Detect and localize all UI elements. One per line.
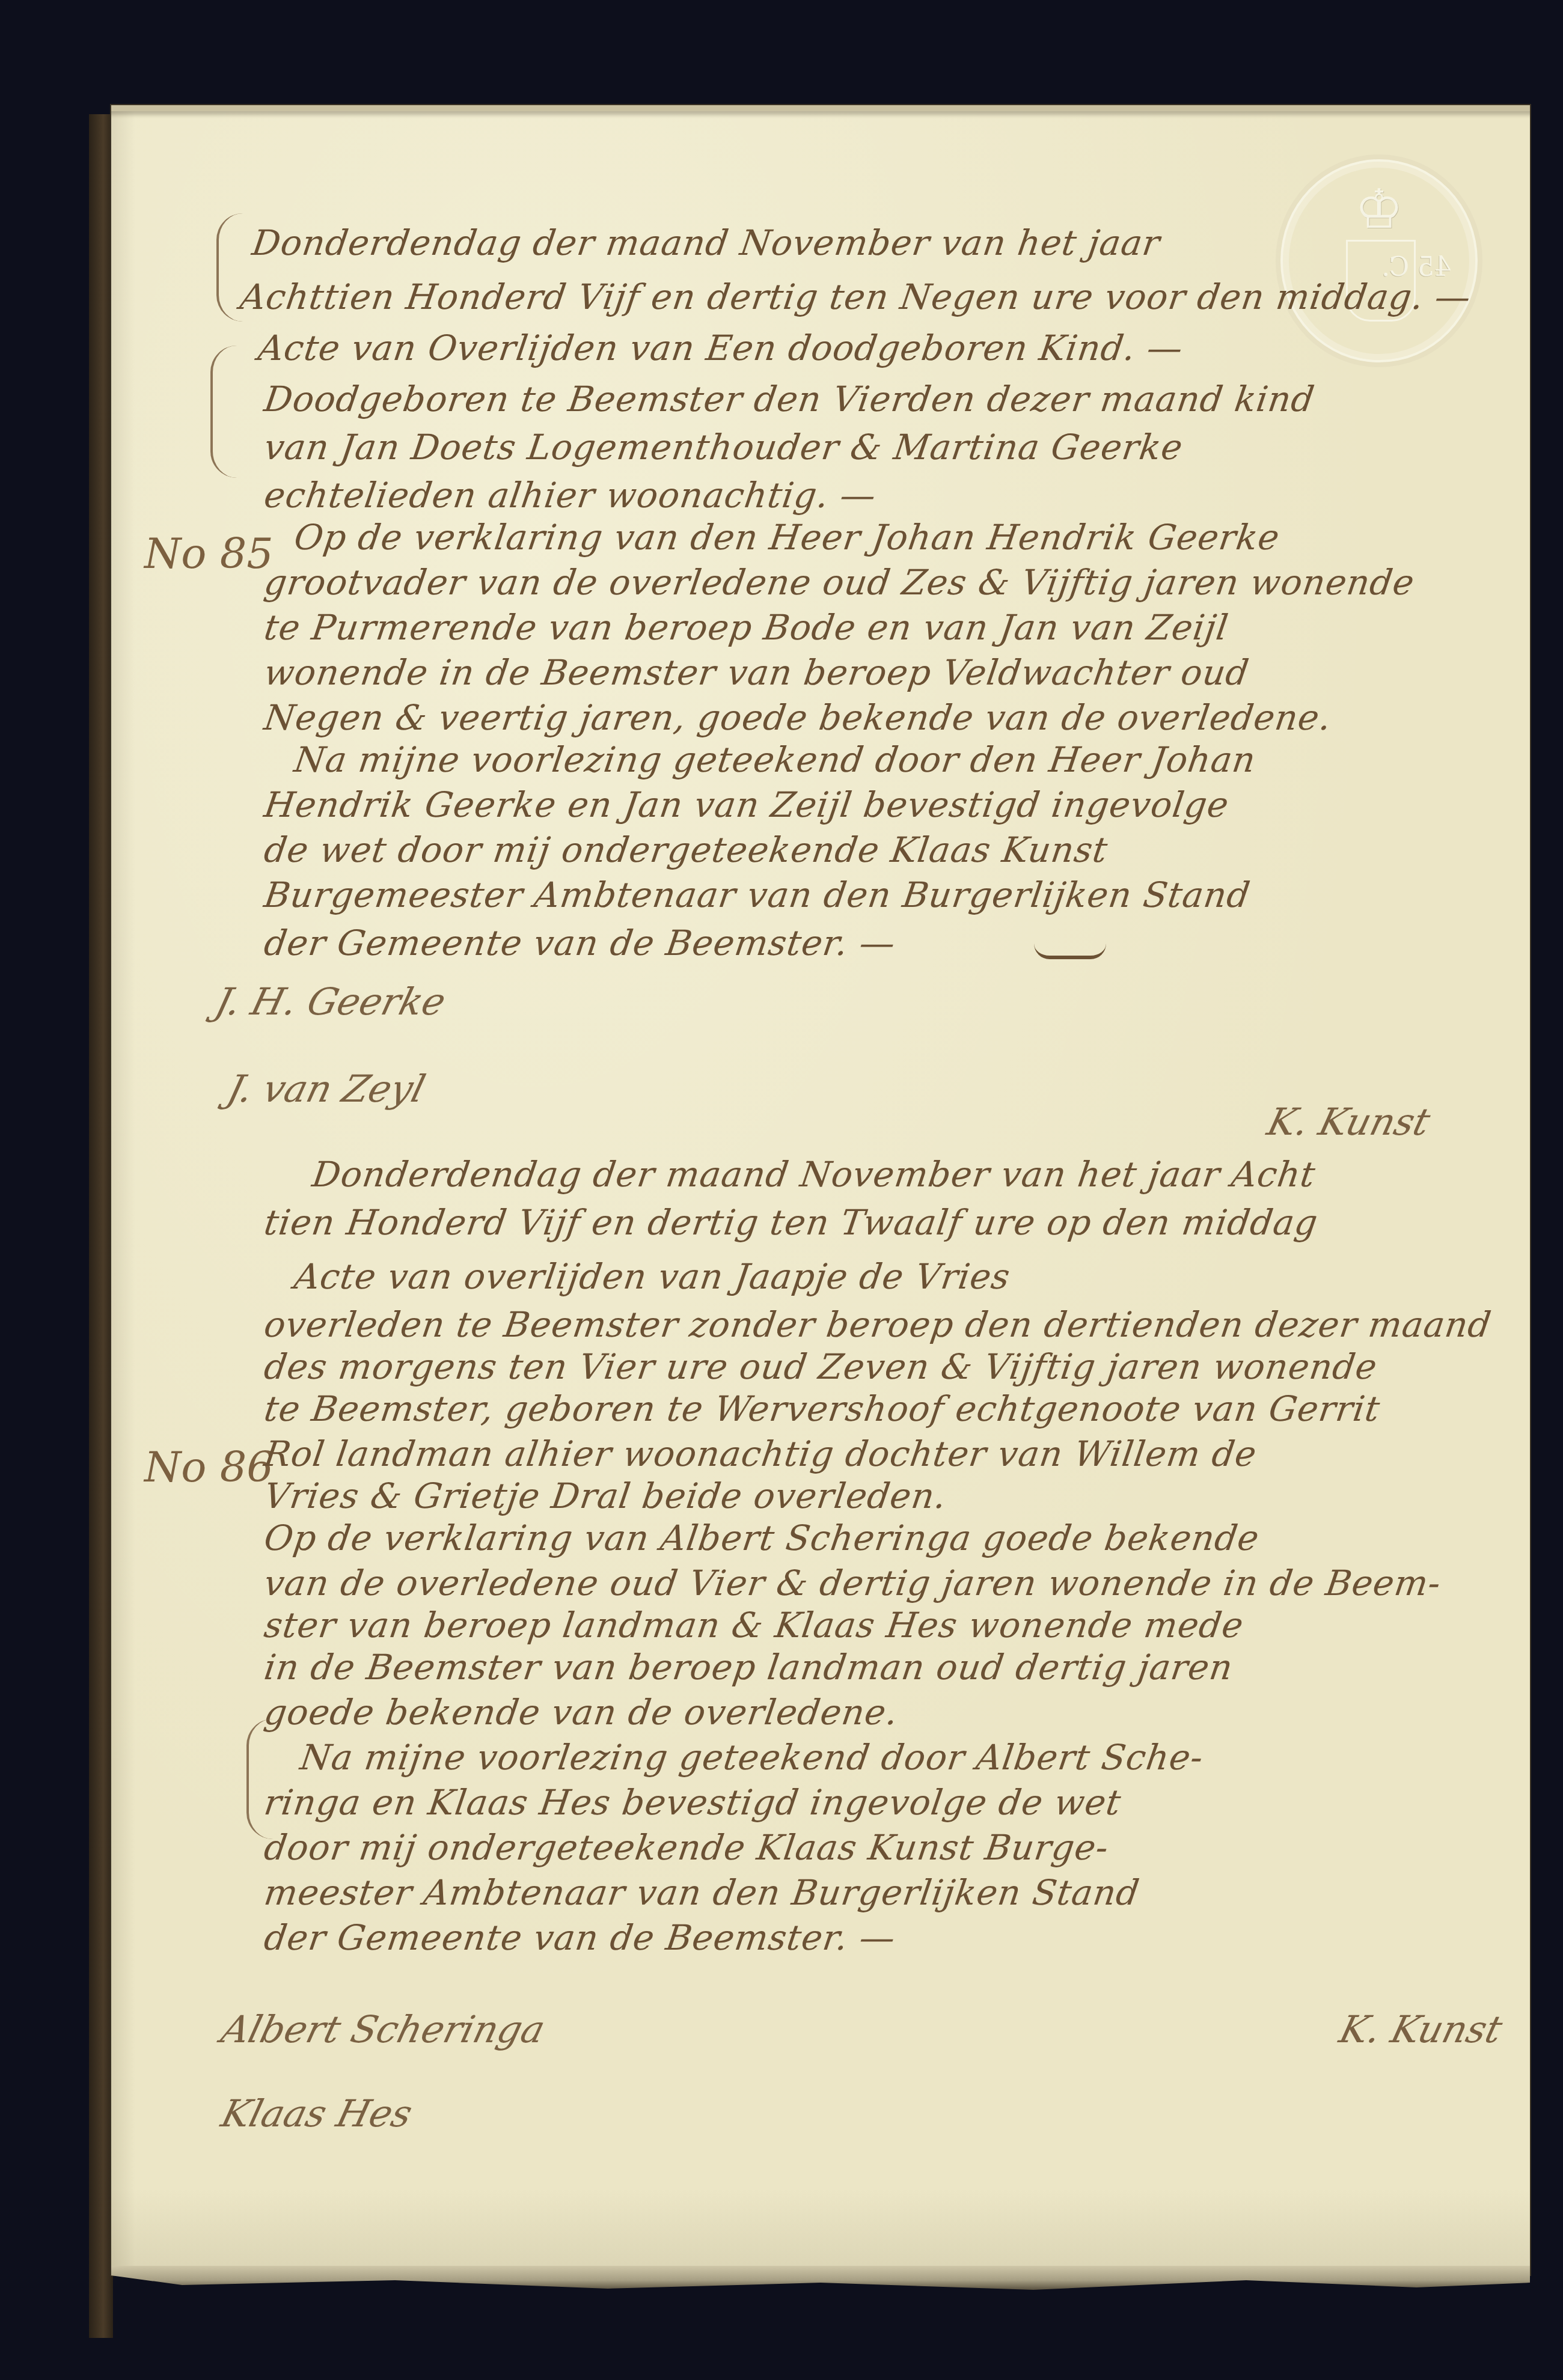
page-stack-edge	[111, 2266, 1530, 2290]
record-line: der Gemeente van de Beemster. —	[262, 923, 898, 963]
record-line: te Beemster, geboren te Wervershoof echt…	[262, 1388, 1383, 1429]
record-line: Burgemeester Ambtenaar van den Burgerlij…	[262, 874, 1253, 915]
record-line: Op de verklaring van den Heer Johan Hend…	[292, 517, 1282, 558]
record-line: in de Beemster van beroep landman oud de…	[262, 1647, 1235, 1688]
signature-scheringa: Albert Scheringa	[217, 2007, 549, 2051]
record-line: wonende in de Beemster van beroep Veldwa…	[262, 652, 1252, 693]
crown-icon: ♔	[1283, 174, 1475, 246]
record-line: Negen & veertig jaren, goede bekende van…	[262, 697, 1334, 738]
record-line: door mij ondergeteekende Klaas Kunst Bur…	[262, 1827, 1111, 1868]
record-line: Vries & Grietje Dral beide overleden.	[262, 1475, 949, 1516]
signature-kunst: K. Kunst	[1263, 1100, 1434, 1144]
record-line: echtelieden alhier woonachtig. —	[262, 475, 879, 516]
record-line: van Jan Doets Logementhouder & Martina G…	[262, 427, 1185, 468]
book-cover-edge	[89, 114, 113, 2338]
record-line: van de overledene oud Vier & dertig jare…	[262, 1563, 1443, 1603]
record-line: ster van beroep landman & Klaas Hes wone…	[262, 1605, 1246, 1646]
record-line: tien Honderd Vijf en dertig ten Twaalf u…	[262, 1202, 1321, 1243]
line-end-flourish	[1034, 944, 1106, 959]
entry-number-85: No 85	[144, 529, 274, 578]
signature-van-zeyl: J. van Zeyl	[223, 1067, 430, 1111]
record-line: der Gemeente van de Beemster. —	[262, 1917, 898, 1958]
record-line: Hendrik Geerke en Jan van Zeijl bevestig…	[262, 784, 1231, 825]
record-line: Acte van Overlijden van Een doodgeboren …	[255, 328, 1185, 368]
record-line: overleden te Beemster zonder beroep den …	[262, 1304, 1494, 1345]
record-line: Donderdendag der maand November van het …	[249, 222, 1163, 263]
record-line: Doodgeboren te Beemster den Vierden deze…	[262, 379, 1317, 420]
record-line: Acte van overlijden van Jaapje de Vries	[292, 1256, 1013, 1297]
record-line: Donderdendag der maand November van het …	[310, 1154, 1318, 1195]
record-line: Na mijne voorlezing geteekend door den H…	[292, 739, 1258, 780]
signature-kunst-2: K. Kunst	[1335, 2007, 1506, 2051]
record-line: Achttien Honderd Vijf en dertig ten Nege…	[237, 276, 1473, 317]
signature-geerke: J. H. Geerke	[211, 980, 450, 1024]
record-line: goede bekende van de overledene.	[262, 1692, 901, 1733]
record-line: meester Ambtenaar van den Burgerlijken S…	[262, 1872, 1142, 1913]
record-line: Rol landman alhier woonachtig dochter va…	[262, 1433, 1259, 1474]
entry-bracket	[210, 346, 237, 478]
record-line: de wet door mij ondergeteekende Klaas Ku…	[262, 829, 1110, 870]
record-line: te Purmerende van beroep Bode en van Jan…	[262, 607, 1231, 648]
record-line: ringa en Klaas Hes bevestigd ingevolge d…	[262, 1782, 1124, 1823]
record-line: grootvader van de overledene oud Zes & V…	[262, 562, 1417, 603]
record-line: Na mijne voorlezing geteekend door Alber…	[298, 1737, 1206, 1778]
record-line: Op de verklaring van Albert Scheringa go…	[262, 1518, 1262, 1558]
signature-hes: Klaas Hes	[217, 2092, 417, 2135]
embossed-seal: ♔ 45 C.	[1280, 159, 1478, 362]
record-line: des morgens ten Vier ure oud Zeven & Vij…	[262, 1346, 1380, 1387]
entry-number-86: No 86	[144, 1442, 274, 1492]
